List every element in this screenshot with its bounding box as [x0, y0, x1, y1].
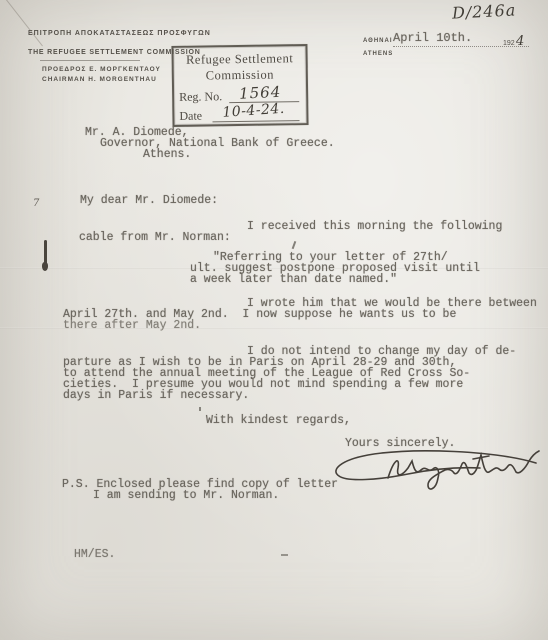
- corner-crease: [0, 0, 43, 46]
- dateline-place-greek: ΑΘΗΝΑΙ: [363, 38, 393, 44]
- letterhead-chairman-english: CHAIRMAN H. MORGENTHAU: [42, 76, 157, 83]
- ink-blot: [42, 262, 48, 271]
- corner-reference: D/246a: [452, 0, 517, 22]
- postscript-line: I am sending to Mr. Norman.: [93, 490, 279, 501]
- reference-initials: HM/ES.: [74, 549, 115, 560]
- salutation: My dear Mr. Diomede:: [80, 195, 218, 206]
- stray-stroke: [292, 241, 296, 249]
- stray-dash: [281, 554, 288, 556]
- stamp-date-label: Date: [179, 109, 202, 124]
- letterhead-chairman-greek: ΠΡΟΕΔΡΟΣ Ε. ΜΟΡΓΚΕΝΤΑΟΥ: [42, 66, 161, 73]
- address-line: Governor, National Bank of Greece.: [100, 138, 335, 149]
- stamp-date-value: 10-4-24.: [222, 101, 285, 121]
- closing-regards: With kindest regards,: [206, 415, 351, 426]
- body-line: there after May 2nd.: [63, 320, 201, 331]
- registration-stamp: Refugee Settlement Commission Reg. No. 1…: [171, 44, 308, 127]
- quote-line: a week later than date named.": [190, 274, 397, 285]
- dateline-year-written: 4: [516, 34, 524, 49]
- letterhead-rule: [40, 60, 140, 61]
- address-line: Athens.: [143, 149, 191, 160]
- letter-document: D/246a ΕΠΙΤΡΟΠΗ ΑΠΟΚΑΤΑΣΤΑΣΕΩΣ ΠΡΟΣΦΥΓΩΝ…: [0, 0, 548, 640]
- letterhead-org-greek: ΕΠΙΤΡΟΠΗ ΑΠΟΚΑΤΑΣΤΑΣΕΩΣ ΠΡΟΣΦΥΓΩΝ: [28, 30, 211, 37]
- stamp-reg-value: 1564: [239, 83, 282, 103]
- body-line: cable from Mr. Norman:: [79, 232, 231, 243]
- dateline-place-english: ATHENS: [363, 51, 393, 57]
- margin-mark: 7: [33, 198, 39, 209]
- stamp-org-line1: Refugee Settlement: [174, 51, 306, 68]
- stamp-org-line2: Commission: [174, 67, 306, 84]
- stamp-reg-label: Reg. No.: [179, 89, 222, 105]
- body-line: I received this morning the following: [247, 221, 502, 232]
- body-line: days in Paris if necessary.: [63, 390, 249, 401]
- dateline-year-printed: 192: [503, 40, 515, 47]
- stray-dot: [199, 407, 201, 411]
- signature: [328, 447, 544, 495]
